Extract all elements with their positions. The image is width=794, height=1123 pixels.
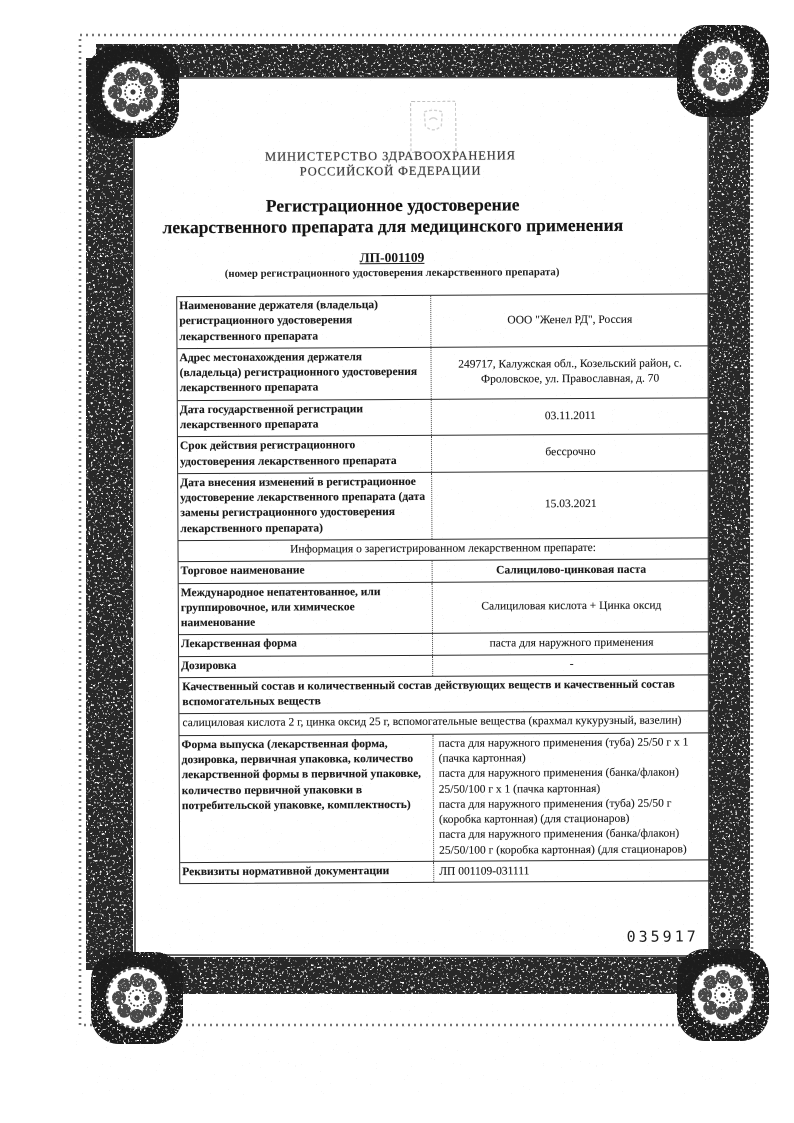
- table-row-composition-header: Качественный состав и количественный сос…: [179, 674, 710, 713]
- table-row-normative-docs: Реквизиты нормативной документации ЛП 00…: [180, 859, 711, 883]
- row-value: ЛП 001109-031111: [433, 860, 711, 882]
- document-title: Регистрационное удостоверение лекарствен…: [0, 193, 787, 240]
- row-label: Дата государственной регистрации лекарст…: [178, 400, 431, 437]
- composition-text: салициловая кислота 2 г, цинка оксид 25 …: [179, 712, 710, 735]
- release-form-line: паста для наружного применения (банка/фл…: [439, 766, 706, 798]
- row-label: Адрес местонахождения держателя (владель…: [177, 348, 430, 400]
- table-row-info-header: Информация о зарегистрированном лекарств…: [178, 537, 709, 561]
- row-label: Дата внесения изменений в регистрационно…: [178, 473, 431, 540]
- row-label: Дозировка: [179, 655, 432, 677]
- row-value: Салициловая кислота + Цинка оксид: [432, 581, 710, 633]
- release-form-line: паста для наружного применения (туба) 25…: [439, 735, 706, 767]
- row-value: 03.11.2011: [431, 398, 709, 435]
- table-row-composition: салициловая кислота 2 г, цинка оксид 25 …: [179, 711, 710, 735]
- table-row-release-form: Форма выпуска (лекарственная форма, дози…: [179, 732, 711, 862]
- release-form-line: паста для наружного применения (банка/фл…: [439, 827, 706, 859]
- row-label: Международное непатентованное, или групп…: [179, 582, 432, 634]
- section-header: Качественный состав и количественный сос…: [179, 675, 710, 713]
- row-value: 249717, Калужская обл., Козельский район…: [430, 346, 708, 398]
- row-value: бессрочно: [431, 435, 709, 472]
- registration-details-table: Наименование держателя (владельца) регис…: [176, 293, 712, 884]
- row-value: 15.03.2021: [431, 471, 709, 539]
- row-value: ООО "Женел РД", Россия: [430, 294, 708, 346]
- coat-of-arms-emblem-icon: [410, 101, 456, 153]
- row-label: Срок действия регистрационного удостовер…: [178, 436, 431, 473]
- row-value: паста для наружного применения (туба) 25…: [432, 733, 711, 861]
- document-content: МИНИСТЕРСТВО ЗДРАВООХРАНЕНИЯ РОССИЙСКОЙ …: [0, 0, 794, 1123]
- row-label: Торговое наименование: [179, 561, 432, 583]
- row-label: Лекарственная форма: [179, 634, 432, 656]
- table-row-trade-name: Торговое наименование Салицилово-цинкова…: [179, 559, 710, 583]
- ministry-line2: РОССИЙСКОЙ ФЕДЕРАЦИИ: [0, 162, 783, 181]
- section-header: Информация о зарегистрированном лекарств…: [178, 538, 709, 561]
- table-row-holder-name: Наименование держателя (владельца) регис…: [177, 294, 708, 348]
- row-value: -: [432, 654, 710, 676]
- ministry-name: МИНИСТЕРСТВО ЗДРАВООХРАНЕНИЯ РОССИЙСКОЙ …: [0, 147, 783, 181]
- form-serial-number: 035917: [627, 927, 699, 945]
- table-row-inn-name: Международное непатентованное, или групп…: [179, 580, 710, 635]
- table-row-dosage-form: Лекарственная форма паста для наружного …: [179, 632, 710, 656]
- table-row-dosage: Дозировка -: [179, 653, 710, 677]
- certificate-page: МИНИСТЕРСТВО ЗДРАВООХРАНЕНИЯ РОССИЙСКОЙ …: [0, 0, 794, 1123]
- row-label: Форма выпуска (лекарственная форма, дози…: [179, 735, 433, 863]
- row-value: Салицилово-цинковая паста: [432, 560, 710, 582]
- row-value: паста для наружного применения: [432, 633, 710, 655]
- release-form-line: паста для наружного применения (туба) 25…: [439, 796, 706, 828]
- table-row-amendment-date: Дата внесения изменений в регистрационно…: [178, 470, 709, 540]
- table-row-validity-period: Срок действия регистрационного удостовер…: [178, 434, 709, 473]
- table-row-registration-date: Дата государственной регистрации лекарст…: [178, 397, 709, 436]
- table-row-holder-address: Адрес местонахождения держателя (владель…: [177, 345, 708, 400]
- title-line2: лекарственного препарата для медицинског…: [0, 214, 787, 239]
- row-label: Наименование держателя (владельца) регис…: [177, 296, 430, 348]
- row-label: Реквизиты нормативной документации: [180, 862, 433, 884]
